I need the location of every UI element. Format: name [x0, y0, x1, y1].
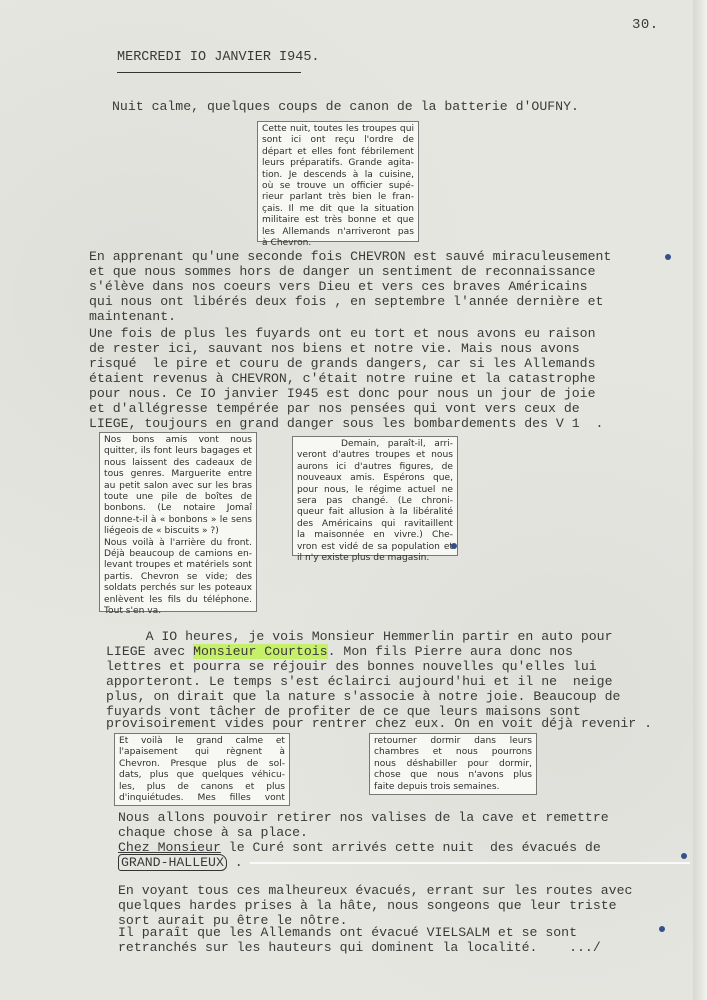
clipping-line: des Américains qui ravitaillent — [297, 519, 453, 530]
clipping-line: d'inquiétudes. Mes filles vont — [119, 793, 285, 804]
text-line: pour nous. Ce IO janvier I945 est donc p… — [89, 386, 595, 401]
page-number: 30. — [632, 17, 659, 33]
text-line: provisoirement vides pour rentrer chez e… — [106, 716, 652, 731]
clipping-line: il n'y existe plus de magasin. — [297, 553, 453, 564]
clipping-line: chose que nous n'avons plus — [374, 770, 532, 781]
clipping-line: enlèvent les fils du téléphone. — [104, 595, 252, 606]
clipping-line: l'apaisement qui règnent à — [119, 747, 285, 758]
clipping-line: tion. Je descends à la cuisine, — [262, 170, 414, 181]
text-line: qui nous ont libérés deux fois , en sept… — [89, 294, 603, 309]
clipping-line: Demain, paraît-il, arri- — [297, 439, 453, 450]
clipping-line: les, plus de canons et plus — [119, 782, 285, 793]
tape-strip — [250, 862, 690, 864]
margin-marker-dot — [451, 543, 457, 549]
text-line: étaient revenus à CHEVRON, c'était notre… — [89, 371, 595, 386]
text-span: . — [227, 855, 243, 870]
clipping-line: aurons ici d'autres figures, de — [297, 462, 453, 473]
margin-marker-dot — [659, 926, 665, 932]
margin-marker-dot — [665, 254, 671, 260]
clipping-line: çais. Il me dit que la situation — [262, 204, 414, 215]
clipping-line: militaire est très bonne et que — [262, 215, 414, 226]
text-span: LIEGE avec — [106, 644, 193, 659]
text-line: Il paraît que les Allemands ont évacué V… — [118, 925, 577, 940]
text-span: . Mon fils Pierre aura donc nos — [328, 644, 573, 659]
clipping-line: vron est vidé de sa population et — [297, 542, 453, 553]
newspaper-clipping-2: Nos bons amis vont nous quitter, ils fon… — [99, 432, 257, 612]
text-line: A IO heures, je vois Monsieur Hemmerlin … — [106, 629, 612, 644]
text-line: LIEGE, toujours en grand danger sous les… — [89, 416, 603, 431]
clipping-line: les Allemands n'arriveront pas — [262, 227, 414, 238]
clipping-line: où se trouve un officier supé- — [262, 181, 414, 192]
clipping-line: faite depuis trois semaines. — [374, 782, 532, 793]
text-line: GRAND-HALLEUX . — [118, 855, 243, 870]
clipping-line: Chevron. Presque plus de sol- — [119, 759, 285, 770]
text-line: En apprenant qu'une seconde fois CHEVRON… — [89, 249, 611, 264]
clipping-line: Tout s'en va. — [104, 606, 252, 617]
clipping-line: Et voilà le grand calme et — [119, 736, 285, 747]
clipping-line: dats, plus que quelques véhicu- — [119, 770, 285, 781]
clipping-line: liégeois de « biscuits » ?) — [104, 526, 252, 537]
clipping-line: soldats perchés sur les poteaux — [104, 583, 252, 594]
date-heading: MERCREDI IO JANVIER I945. — [117, 50, 320, 65]
clipping-line: quitter, ils font leurs bagages et — [104, 446, 252, 457]
text-line: apporteront. Le temps s'est éclairci auj… — [106, 674, 612, 689]
clipping-line: levant troupes et matériels sont — [104, 560, 252, 571]
text-line: maintenant. — [89, 309, 176, 324]
clipping-line: rieur parlant très bien le fran- — [262, 192, 414, 203]
text-line: Nous allons pouvoir retirer nos valises … — [118, 810, 609, 825]
clipping-line: partis. Chevron se vide; des — [104, 572, 252, 583]
text-line: et d'allégresse tempérée par nos pensées… — [89, 401, 580, 416]
text-line: quelques hardes prises à la hâte, nous s… — [118, 898, 617, 913]
text-line: En voyant tous ces malheureux évacués, e… — [118, 883, 632, 898]
page-edge-shadow — [693, 0, 707, 1000]
text-line: s'élève dans nos coeurs vers Dieu et ver… — [89, 279, 588, 294]
text-line: retranchés sur les hauteurs qui dominent… — [118, 940, 601, 955]
text-line: Chez Monsieur le Curé sont arrivés cette… — [118, 840, 601, 855]
clipping-line: tous genres. Marguerite entre — [104, 469, 252, 480]
text-line: risqué le pire et couru de grands danger… — [89, 356, 595, 371]
clipping-line: nouveaux amis. Espérons que, — [297, 473, 453, 484]
clipping-line: nous déshabiller pour dormir, — [374, 759, 532, 770]
clipping-line: pour nous, le régime actuel ne — [297, 485, 453, 496]
text-line: LIEGE avec Monsieur Courtois. Mon fils P… — [106, 644, 573, 659]
newspaper-clipping-3: Demain, paraît-il, arri- veront d'autres… — [292, 436, 458, 556]
newspaper-clipping-1: Cette nuit, toutes les troupes qui sont … — [257, 121, 419, 242]
clipping-line: nous laissent des cadeaux de — [104, 458, 252, 469]
clipping-line: veront d'autres troupes et nous — [297, 450, 453, 461]
clipping-line: sont ici ont reçu l'ordre de — [262, 135, 414, 146]
clipping-line: à Chevron. — [262, 238, 414, 249]
clipping-line: retourner dormir dans leurs — [374, 736, 532, 747]
clipping-line: départ et elles font fébrilement — [262, 147, 414, 158]
text-line: lettres et pourra se réjouir des bonnes … — [106, 659, 597, 674]
intro-paragraph: Nuit calme, quelques coups de canon de l… — [112, 99, 579, 114]
underlined-text: Chez Monsieur — [118, 840, 221, 855]
clipping-line: toute une pile de boîtes de — [104, 492, 252, 503]
highlighted-name: Monsieur Courtois — [193, 644, 328, 659]
clipping-line: Nous voilà à l'arrière du front. — [104, 538, 252, 549]
clipping-line: la maisonnée en vivre.) Che- — [297, 530, 453, 541]
clipping-line: Nos bons amis vont nous — [104, 435, 252, 446]
heading-underline — [117, 72, 301, 73]
clipping-line: Cette nuit, toutes les troupes qui — [262, 124, 414, 135]
clipping-line: queur fait allusion à la libéralité — [297, 507, 453, 518]
text-line: plus, on dirait que la nature s'associe … — [106, 689, 620, 704]
clipping-line: au petit salon avec sur les bras — [104, 481, 252, 492]
margin-marker-dot — [681, 853, 687, 859]
clipping-line: leurs préparatifs. Grande agita- — [262, 158, 414, 169]
text-line: chaque chose à sa place. — [118, 825, 308, 840]
text-line: et que nous sommes hors de danger un sen… — [89, 264, 595, 279]
text-line: de rester ici, sauvant nos biens et notr… — [89, 341, 580, 356]
clipping-line: donne-t-il à « bonbons » le sens — [104, 515, 252, 526]
clipping-line: sera pas changé. (Le chroni- — [297, 496, 453, 507]
text-line: Une fois de plus les fuyards ont eu tort… — [89, 326, 595, 341]
clipping-line: chambres et nous pourrons — [374, 747, 532, 758]
circled-place-name: GRAND-HALLEUX — [118, 854, 227, 871]
text-span: le Curé sont arrivés cette nuit des évac… — [221, 840, 601, 855]
newspaper-clipping-4: Et voilà le grand calme et l'apaisement … — [114, 733, 290, 806]
clipping-line: Déjà beaucoup de camions en- — [104, 549, 252, 560]
clipping-line: bonbons. (Le notaire Jomaî — [104, 503, 252, 514]
newspaper-clipping-5: retourner dormir dans leurs chambres et … — [369, 733, 537, 795]
